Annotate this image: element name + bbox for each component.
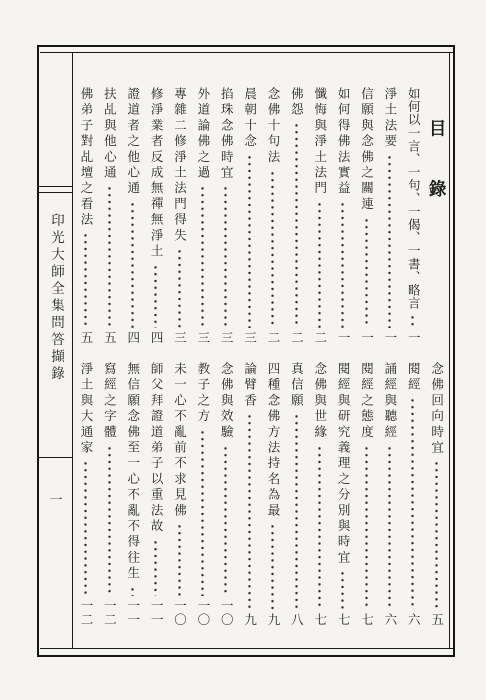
- toc-entry-title: 佛怨: [290, 87, 303, 118]
- toc-entry-title: 論臂香: [243, 362, 256, 409]
- toc-entry-title: 扶乩與他心通: [103, 87, 116, 181]
- toc-entry: 四種念佛方法持名為最九: [261, 352, 284, 647]
- dot-leader: [411, 314, 414, 328]
- toc-entry-title: 如何得佛法實益: [337, 87, 350, 197]
- toc-entry-title: 閱經與研究義理之分別與時宜: [337, 362, 350, 566]
- toc-entry: 專雜二修淨土法門得失三: [168, 52, 191, 351]
- toc-entry: 掐珠念佛時宜三: [214, 52, 237, 351]
- inner-frame-line-bottom: [40, 648, 453, 649]
- toc-entry-title: 念佛與效驗: [220, 362, 233, 441]
- toc-entry-page: 一二: [103, 599, 116, 627]
- toc-entry-page: 二: [313, 331, 326, 345]
- spine-folio-number: 一: [39, 489, 73, 508]
- toc-entry-page: 二: [266, 331, 279, 345]
- toc-entry-title: 晨朝十念: [243, 87, 256, 150]
- toc-entry-title: 外道論佛之過: [196, 87, 209, 181]
- toc-entry-page: 八: [290, 613, 303, 627]
- toc-entry: 寫經之字體一二: [97, 352, 120, 647]
- toc-row-lower: 念佛回向時宜五閱經六誦經與聽經六閱經之態度七閱經與研究義理之分別與時宜七念佛與世…: [74, 352, 448, 647]
- toc-entry-page: 一一: [126, 599, 139, 627]
- toc-entry-page: 一〇: [173, 599, 186, 627]
- toc-entry-title: 寫經之字體: [103, 362, 116, 441]
- toc-entry: 淨土與大通家一二: [74, 352, 97, 647]
- toc-entry: 教子之方一〇: [191, 352, 214, 647]
- toc-entry-title: 真信願: [290, 362, 303, 409]
- toc-entry-title: 誦經與聽經: [383, 362, 396, 441]
- dot-leader: [108, 185, 111, 328]
- toc-entry-page: 二: [290, 331, 303, 345]
- toc-entry-title: 未一心不亂前不求見佛: [173, 362, 186, 519]
- toc-entry-page: 一一: [150, 599, 163, 627]
- toc-entry-title: 念佛回向時宜: [430, 362, 443, 456]
- dot-leader: [154, 539, 157, 596]
- toc-entry: 念佛與世緣七: [308, 352, 331, 647]
- toc-entry: 外道論佛之過三: [191, 52, 214, 351]
- toc-entry-page: 七: [337, 613, 350, 627]
- toc-entry-title: 掐珠念佛時宜: [220, 87, 233, 181]
- toc-entry-title: 信願與念佛之關連: [360, 87, 373, 213]
- toc-entry: 修淨業者反成無禪無淨土四: [144, 52, 167, 351]
- toc-row-upper: 目錄 如何以一言、一句、一偈、一書、略言一淨土法要一信願與念佛之關連一如何得佛法…: [74, 52, 448, 351]
- toc-entry: 無信願念佛至一心不亂不得往生一一: [121, 352, 144, 647]
- spine-book-title: 印光大師全集問答擷錄: [46, 213, 66, 463]
- toc-entry: 閱經六: [401, 352, 424, 647]
- toc-entry-page: 四: [126, 331, 139, 345]
- toc-entry-page: 三: [220, 331, 233, 345]
- toc-entry: 晨朝十念三: [238, 52, 261, 351]
- toc-entry-page: 一〇: [220, 599, 233, 627]
- dot-leader: [341, 570, 344, 610]
- toc-entry-page: 七: [360, 613, 373, 627]
- dot-leader: [201, 429, 204, 596]
- toc-entry: 如何以一言、一句、一偈、一書、略言一: [401, 52, 424, 351]
- toc-entry: 閱經與研究義理之分別與時宜七: [331, 352, 354, 647]
- dot-leader: [411, 397, 414, 610]
- dot-leader: [84, 232, 87, 328]
- toc-entry: 閱經之態度七: [355, 352, 378, 647]
- spine-rule-top-1: [39, 186, 73, 187]
- toc-title-column: 目錄: [425, 52, 448, 351]
- toc-entry-title: 淨土與大通家: [79, 362, 92, 456]
- toc-entry-title: 念佛十句法: [266, 87, 279, 166]
- toc-entry: 師父拜證道弟子以重法故一一: [144, 352, 167, 647]
- toc-entry: 佛弟子對乩壇之看法五: [74, 52, 97, 351]
- dot-leader: [131, 586, 134, 596]
- toc-entry-page: 五: [103, 331, 116, 345]
- toc-entry-page: 一: [360, 331, 373, 345]
- toc-entry: 扶乩與他心通五: [97, 52, 120, 351]
- dot-leader: [341, 201, 344, 328]
- dot-leader: [271, 170, 274, 329]
- spine-rule-top-2: [39, 192, 73, 193]
- dot-leader: [388, 445, 391, 611]
- dot-leader: [318, 201, 321, 328]
- toc-entry-title: 修淨業者反成無禪無淨土: [150, 87, 163, 260]
- toc-entry-page: 一: [337, 331, 350, 345]
- toc-entry-title: 師父拜證道弟子以重法故: [150, 362, 163, 535]
- dot-leader: [365, 217, 368, 328]
- toc-entry-page: 四: [150, 331, 163, 345]
- toc-entry: 信願與念佛之關連一: [355, 52, 378, 351]
- toc-entry: 如何得佛法實益一: [331, 52, 354, 351]
- toc-entry-page: 六: [407, 613, 420, 627]
- dot-leader: [295, 413, 298, 610]
- toc-entry-page: 七: [313, 613, 326, 627]
- toc-entry-page: 一: [407, 331, 420, 345]
- dot-leader: [365, 445, 368, 611]
- dot-leader: [248, 413, 251, 610]
- toc-entry-title: 懺悔與淨土法門: [313, 87, 326, 197]
- toc-entry-title: 四種念佛方法持名為最: [266, 362, 279, 519]
- dot-leader: [154, 264, 157, 328]
- toc-entry-title: 證道者之他心通: [126, 87, 139, 197]
- spine: 印光大師全集問答擷錄: [39, 213, 73, 463]
- toc-entry-title: 如何以一言、一句、一偈、一書、略言: [407, 87, 420, 310]
- toc-entry-title: 閱經: [407, 362, 420, 393]
- toc-entry: 論臂香九: [238, 352, 261, 647]
- toc-entry: 淨土法要一: [378, 52, 401, 351]
- dot-leader: [224, 445, 227, 597]
- dot-leader: [131, 201, 134, 328]
- toc-entry-page: 一〇: [196, 599, 209, 627]
- toc-entry: 誦經與聽經六: [378, 352, 401, 647]
- inner-frame-line-right: [449, 52, 450, 649]
- toc-entry-title: 無信願念佛至一心不亂不得往生: [126, 362, 139, 582]
- dot-leader: [178, 248, 181, 328]
- toc-title: 目錄: [428, 119, 446, 240]
- dot-leader: [388, 154, 391, 328]
- dot-leader: [84, 460, 87, 596]
- dot-leader: [201, 185, 204, 328]
- dot-leader: [435, 460, 438, 610]
- toc-entry-title: 念佛與世緣: [313, 362, 326, 441]
- toc-entry: 未一心不亂前不求見佛一〇: [168, 352, 191, 647]
- toc-entry-title: 淨土法要: [383, 87, 396, 150]
- toc-entry-page: 九: [243, 613, 256, 627]
- toc-entry-page: 一: [383, 331, 396, 345]
- dot-leader: [178, 523, 181, 596]
- toc-entry: 證道者之他心通四: [121, 52, 144, 351]
- toc-entry-title: 佛弟子對乩壇之看法: [79, 87, 92, 228]
- toc-entry-page: 五: [79, 331, 92, 345]
- toc-entry-page: 五: [430, 613, 443, 627]
- toc-entry: 念佛與效驗一〇: [214, 352, 237, 647]
- toc-entry-page: 三: [196, 331, 209, 345]
- dot-leader: [248, 154, 251, 328]
- dot-leader: [224, 185, 227, 328]
- dot-leader: [108, 445, 111, 597]
- toc-entry: 念佛回向時宜五: [425, 352, 448, 647]
- toc-entry-page: 三: [243, 331, 256, 345]
- toc-entry: 念佛十句法二: [261, 52, 284, 351]
- dot-leader: [271, 523, 274, 610]
- toc-entry-page: 六: [383, 613, 396, 627]
- toc-entry: 佛怨二: [284, 52, 307, 351]
- toc-entry-title: 閱經之態度: [360, 362, 373, 441]
- dot-leader: [295, 122, 298, 328]
- toc-entry-page: 三: [173, 331, 186, 345]
- toc-entry: 懺悔與淨土法門二: [308, 52, 331, 351]
- toc-entry-title: 專雜二修淨土法門得失: [173, 87, 186, 244]
- toc-entry: 真信願八: [284, 352, 307, 647]
- toc-entry-title: 教子之方: [196, 362, 209, 425]
- dot-leader: [318, 445, 321, 611]
- toc-entry-page: 一二: [79, 599, 92, 627]
- toc-entry-page: 九: [266, 613, 279, 627]
